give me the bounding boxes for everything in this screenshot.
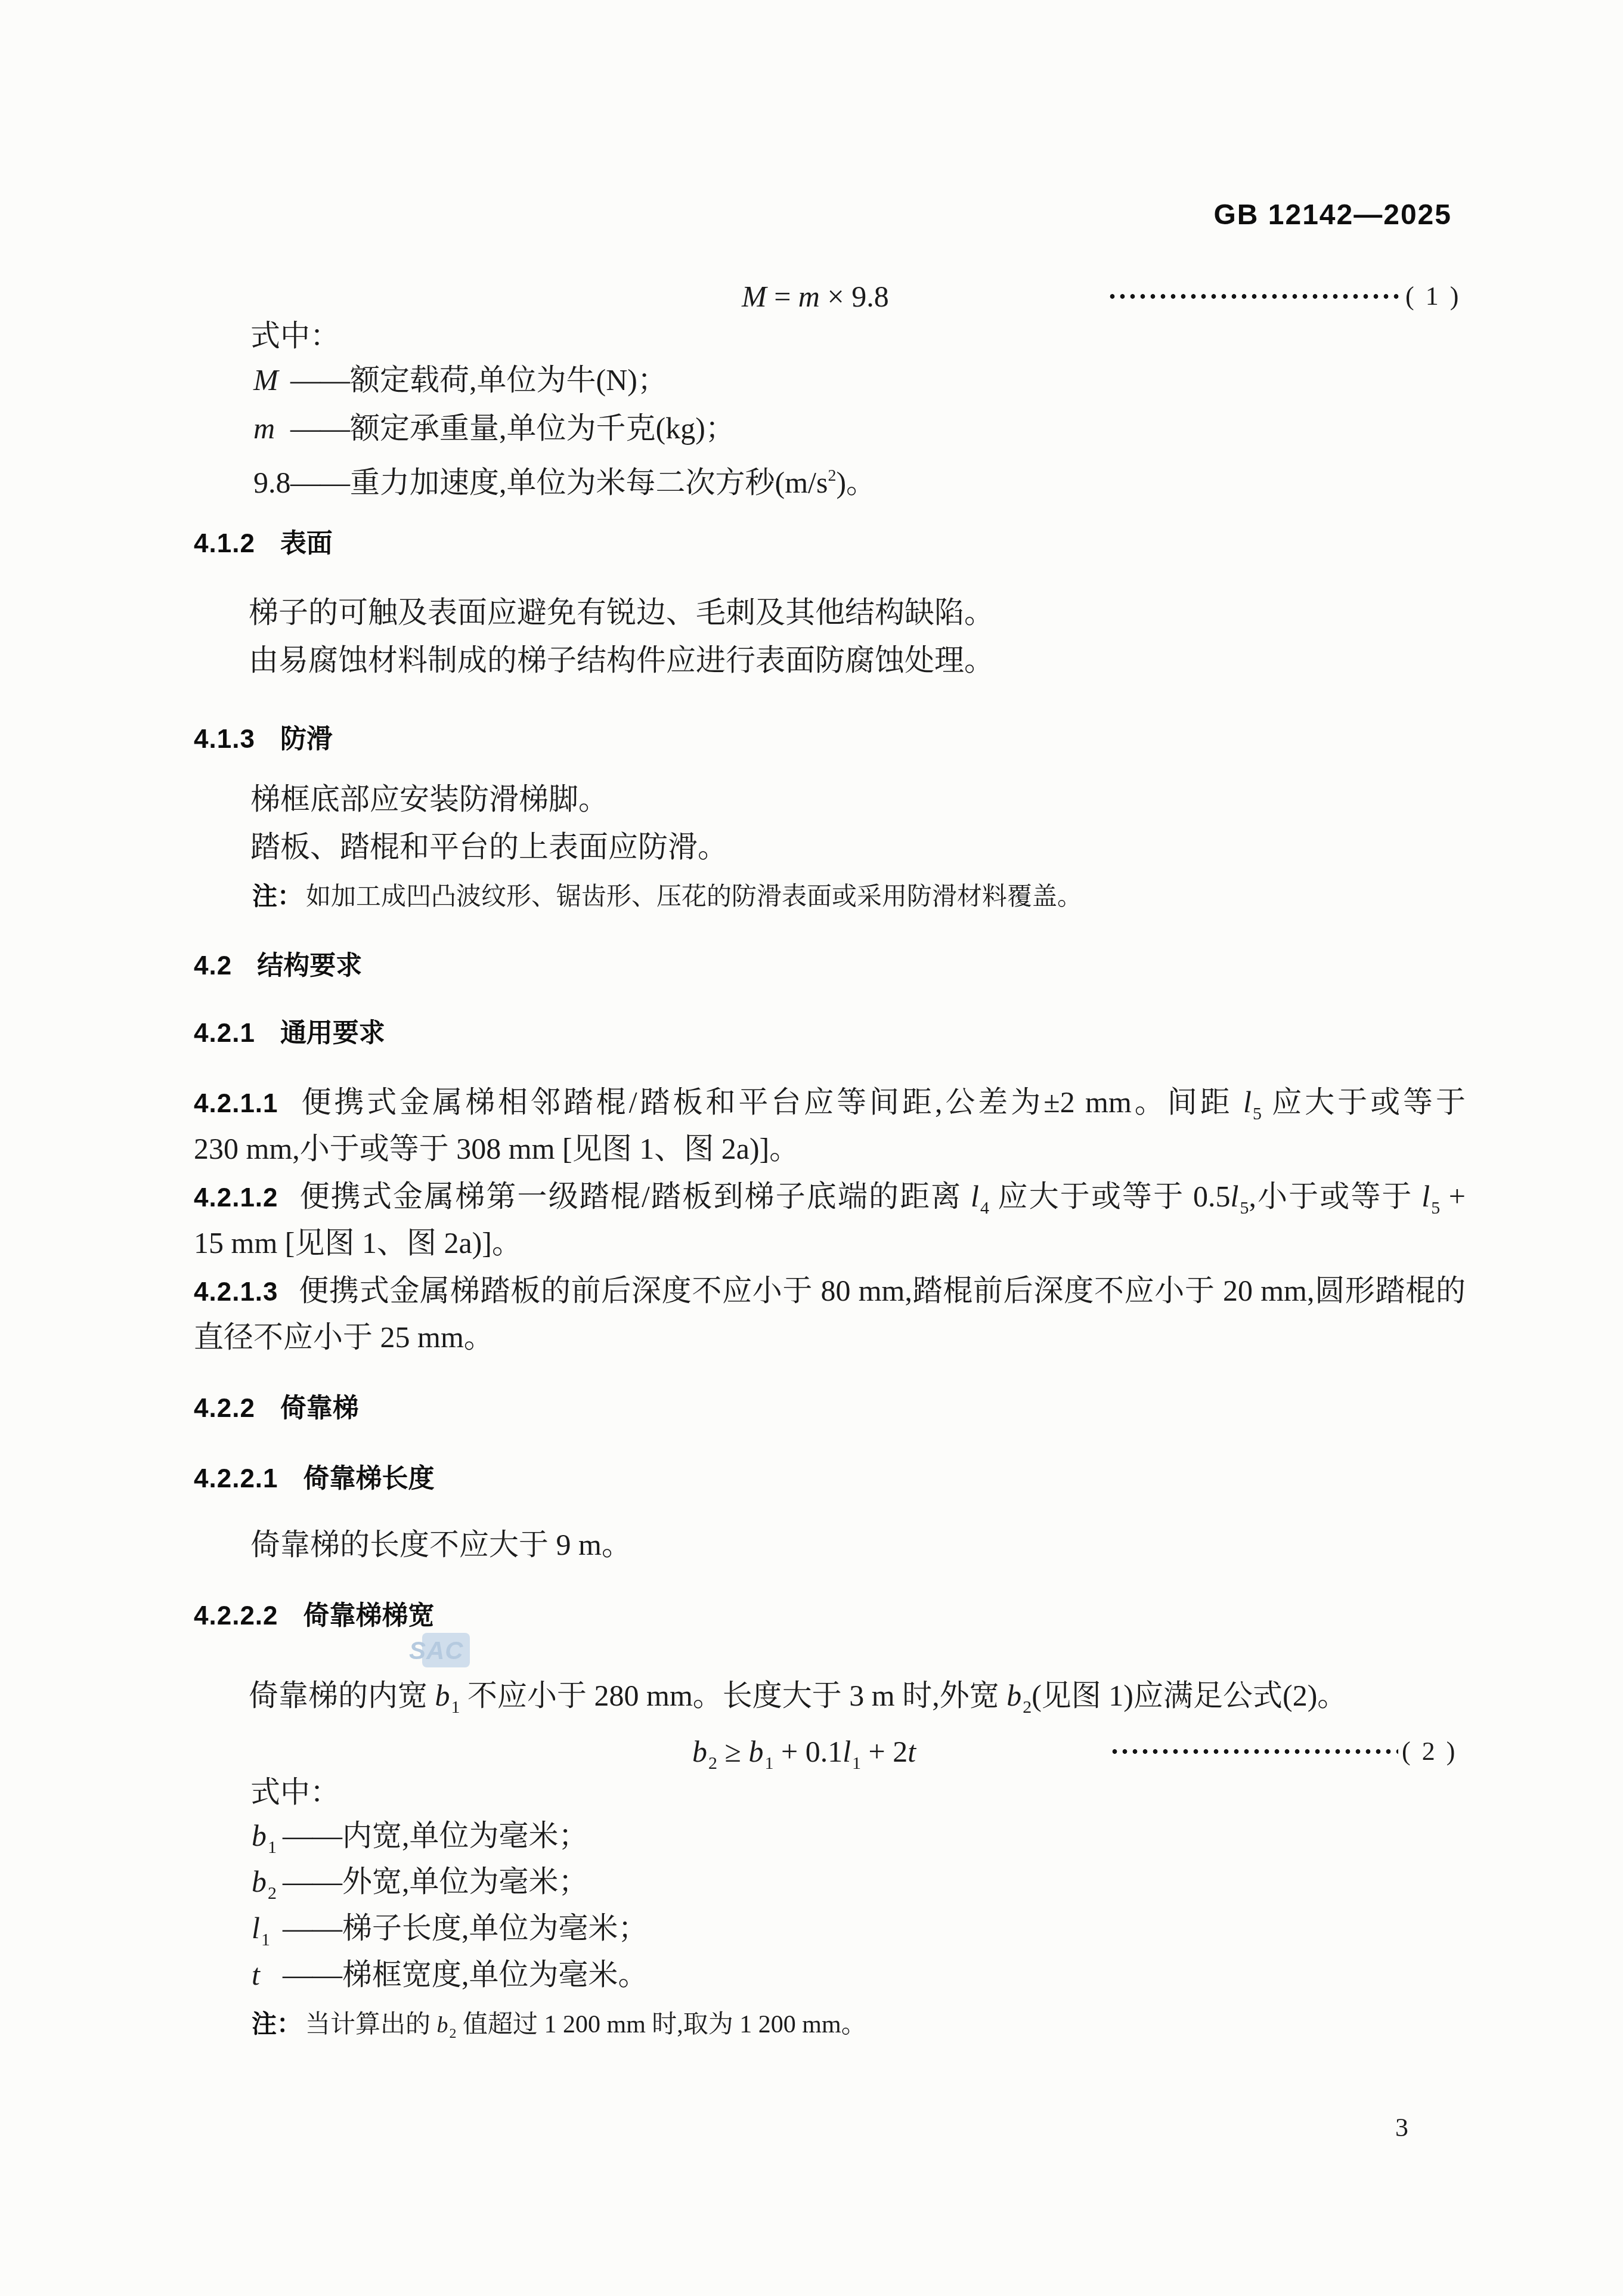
heading-title: 倚靠梯	[280, 1394, 359, 1423]
def-row-g: 9.8——重力加速度,单位为米每二次方秒(m/s2)。	[253, 452, 876, 500]
formula-1-rhs: × 9.8	[820, 280, 889, 313]
var-b1: b	[435, 1679, 450, 1712]
note-text: 当计算出的	[305, 2011, 437, 2038]
page-number: 3	[1395, 2110, 1408, 2146]
var-l4: l	[971, 1180, 979, 1213]
def-desc-b1: 内宽,单位为毫米；	[342, 1819, 589, 1852]
def-dash: ——	[290, 466, 350, 499]
sac-watermark: SAC	[422, 1633, 470, 1667]
paragraph-4-2-2-2: 倚靠梯的内宽 b1 不应小于 280 mm。长度大于 3 m 时,外宽 b2(见…	[249, 1672, 1347, 1719]
paragraph-4-2-1-3-line1: 4.2.1.3便携式金属梯踏板的前后深度不应小于 80 mm,踏棍前后深度不应小…	[194, 1267, 1466, 1314]
where-2-intro: 式中：	[250, 1768, 340, 1816]
formula-2-var-b2-sub: 2	[708, 1753, 717, 1773]
formula-2-var-t: t	[907, 1735, 916, 1768]
formula-1-var-m: m	[798, 280, 820, 313]
paragraph-text: 不应小于 280 mm。长度大于 3 m 时,外宽	[460, 1679, 1007, 1712]
formula-2-expression: b2 ≥ b1 + 0.1l1 + 2t	[692, 1728, 916, 1775]
formula-2-var-l1-sub: 1	[852, 1753, 861, 1773]
formula-1-equals: =	[767, 280, 798, 313]
paragraph-text: ,小于或等于	[1249, 1180, 1421, 1213]
paragraph-4-2-1-3-line2: 直径不应小于 25 mm。	[194, 1313, 494, 1361]
heading-number: 4.2.1	[194, 1016, 255, 1051]
paragraph-number: 4.2.1.1	[194, 1089, 278, 1118]
def-desc-M: 额定载荷,单位为牛(N)；	[350, 363, 667, 397]
sac-watermark-text: SAC	[409, 1636, 464, 1665]
heading-4-2-2-1: 4.2.2.1倚靠梯长度	[194, 1461, 435, 1497]
var-l4-sub: 4	[980, 1198, 989, 1218]
def-row-m: m——额定承重量,单位为千克(kg)；	[253, 404, 735, 452]
paragraph-number: 4.2.1.3	[194, 1277, 278, 1307]
var-l5: l	[1243, 1085, 1252, 1119]
def-row-M: M——额定载荷,单位为牛(N)；	[253, 356, 667, 404]
def-desc-m: 额定承重量,单位为千克(kg)；	[350, 411, 735, 445]
dotted-leader-1	[1107, 273, 1402, 320]
def-dash: ——	[283, 1911, 342, 1945]
heading-title: 通用要求	[280, 1019, 385, 1048]
note-label: 注：	[252, 2010, 302, 2038]
paragraph-text: 便携式金属梯踏板的前后深度不应小于 80 mm,踏棍前后深度不应小于 20 mm…	[299, 1274, 1466, 1307]
def-symbol-g: 9.8	[253, 459, 290, 506]
formula-2-op: + 0.1	[773, 1735, 843, 1768]
paragraph-4-2-1-1-line1: 4.2.1.1便携式金属梯相邻踏棍/踏板和平台应等间距,公差为±2 mm。间距 …	[194, 1078, 1466, 1126]
heading-number: 4.2.2	[194, 1391, 255, 1427]
paragraph: 由易腐蚀材料制成的梯子结构件应进行表面防腐蚀处理。	[249, 636, 994, 684]
formula-2-number: ( 2 )	[1402, 1728, 1457, 1775]
def-desc-b2: 外宽,单位为毫米；	[342, 1865, 589, 1898]
var-l5-sub: 5	[1240, 1198, 1249, 1218]
var-b1-sub: 1	[451, 1697, 460, 1717]
paragraph: 梯子的可触及表面应避免有锐边、毛刺及其他结构缺陷。	[249, 589, 994, 636]
def-dash: ——	[283, 1819, 342, 1852]
note-2: 注：当计算出的 b2 值超过 1 200 mm 时,取为 1 200 mm。	[252, 2006, 866, 2042]
def-dash: ——	[290, 411, 350, 445]
heading-number: 4.2	[194, 948, 232, 984]
standard-document-page: GB 12142—2025 M = m × 9.8 ( 1 ) 式中： M——额…	[0, 0, 1623, 2296]
formula-2-var-b1: b	[748, 1735, 763, 1768]
def-desc-g-a: 重力加速度,单位为米每二次方秒(m/s	[350, 466, 828, 499]
paragraph-number: 4.2.1.2	[194, 1183, 278, 1212]
heading-title: 结构要求	[257, 951, 362, 980]
paragraph-4-2-1-2-line1: 4.2.1.2便携式金属梯第一级踏棍/踏板到梯子底端的距离 l4 应大于或等于 …	[194, 1172, 1466, 1220]
var-b2: b	[1006, 1679, 1021, 1712]
dotted-leader-2	[1110, 1728, 1398, 1775]
def-symbol-M: M	[253, 356, 290, 404]
def-symbol-m: m	[253, 404, 290, 452]
def-dash: ——	[283, 1865, 342, 1898]
var-b2-sub: 2	[450, 2026, 457, 2041]
paragraph-text: 倚靠梯的内宽	[249, 1679, 435, 1712]
paragraph-text: 应大于或等于	[1262, 1085, 1466, 1119]
formula-1-var-M: M	[742, 280, 767, 313]
note-1: 注：如加工成凹凸波纹形、锯齿形、压花的防滑表面或采用防滑材料覆盖。	[252, 878, 1082, 914]
var-b2-sub: 2	[1023, 1697, 1032, 1717]
paragraph-text: 应大于或等于 0.5	[989, 1180, 1231, 1213]
heading-title: 表面	[280, 529, 333, 558]
def-row-b1: b1——内宽,单位为毫米；	[252, 1812, 589, 1859]
note-text: 如加工成凹凸波纹形、锯齿形、压花的防滑表面或采用防滑材料覆盖。	[306, 883, 1082, 911]
formula-2-var-b1-sub: 1	[764, 1753, 773, 1773]
heading-number: 4.1.3	[194, 722, 255, 757]
def-desc-g-sup: 2	[828, 466, 836, 485]
heading-number: 4.2.2.1	[194, 1461, 278, 1497]
paragraph-text: +	[1440, 1180, 1466, 1213]
var-l5-sub: 5	[1431, 1198, 1440, 1218]
def-desc-l1: 梯子长度,单位为毫米；	[342, 1911, 648, 1945]
heading-4-1-3: 4.1.3防滑	[194, 722, 333, 757]
formula-1-expression: M = m × 9.8	[742, 273, 889, 320]
note-text: 值超过 1 200 mm 时,取为 1 200 mm。	[457, 2011, 866, 2038]
heading-title: 倚靠梯长度	[303, 1464, 435, 1493]
heading-4-1-2: 4.1.2表面	[194, 526, 333, 562]
heading-4-2-2: 4.2.2倚靠梯	[194, 1391, 359, 1427]
paragraph-text: 便携式金属梯相邻踏棍/踏板和平台应等间距,公差为±2 mm。间距	[299, 1085, 1243, 1119]
note-label: 注：	[252, 882, 302, 910]
var-l5: l	[1421, 1180, 1430, 1213]
def-row-l1: l1——梯子长度,单位为毫米；	[252, 1904, 648, 1952]
heading-4-2-2-2: 4.2.2.2倚靠梯梯宽	[194, 1598, 435, 1634]
def-desc-g-b: )。	[836, 466, 876, 499]
formula-1-number: ( 1 )	[1405, 273, 1461, 320]
paragraph-text: 便携式金属梯第一级踏棍/踏板到梯子底端的距离	[299, 1180, 971, 1213]
def-row-b2: b2——外宽,单位为毫米；	[252, 1858, 589, 1905]
formula-2-op: + 2	[861, 1735, 907, 1768]
heading-title: 防滑	[280, 725, 333, 754]
paragraph-text: (见图 1)应满足公式(2)。	[1032, 1679, 1347, 1712]
heading-number: 4.1.2	[194, 526, 255, 562]
def-desc-t: 梯框宽度,单位为毫米。	[342, 1958, 648, 1991]
heading-4-2: 4.2结构要求	[194, 948, 362, 984]
doc-number-header: GB 12142—2025	[1213, 197, 1452, 233]
paragraph-4-2-1-1-line2: 230 mm,小于或等于 308 mm [见图 1、图 2a)]。	[194, 1125, 799, 1172]
var-b2: b	[437, 2013, 448, 2038]
def-dash: ——	[283, 1958, 342, 1991]
where-1-intro: 式中：	[250, 312, 340, 360]
paragraph-4-2-1-2-line2: 15 mm [见图 1、图 2a)]。	[194, 1219, 522, 1267]
formula-2-var-b2: b	[692, 1735, 707, 1768]
heading-4-2-1: 4.2.1通用要求	[194, 1016, 385, 1051]
formula-2-geq: ≥	[717, 1735, 748, 1768]
paragraph: 踏板、踏棍和平台的上表面应防滑。	[250, 823, 727, 871]
formula-2-var-l1: l	[843, 1735, 851, 1768]
def-dash: ——	[290, 363, 350, 397]
paragraph: 倚靠梯的长度不应大于 9 m。	[250, 1521, 631, 1568]
def-row-t: t——梯框宽度,单位为毫米。	[252, 1951, 648, 1998]
heading-title: 倚靠梯梯宽	[303, 1601, 435, 1630]
var-l5: l	[1230, 1180, 1238, 1213]
var-l5-sub: 5	[1253, 1104, 1262, 1124]
paragraph: 梯框底部应安装防滑梯脚。	[250, 775, 608, 823]
heading-number: 4.2.2.2	[194, 1598, 278, 1634]
def-symbol-t: t	[252, 1951, 283, 2010]
